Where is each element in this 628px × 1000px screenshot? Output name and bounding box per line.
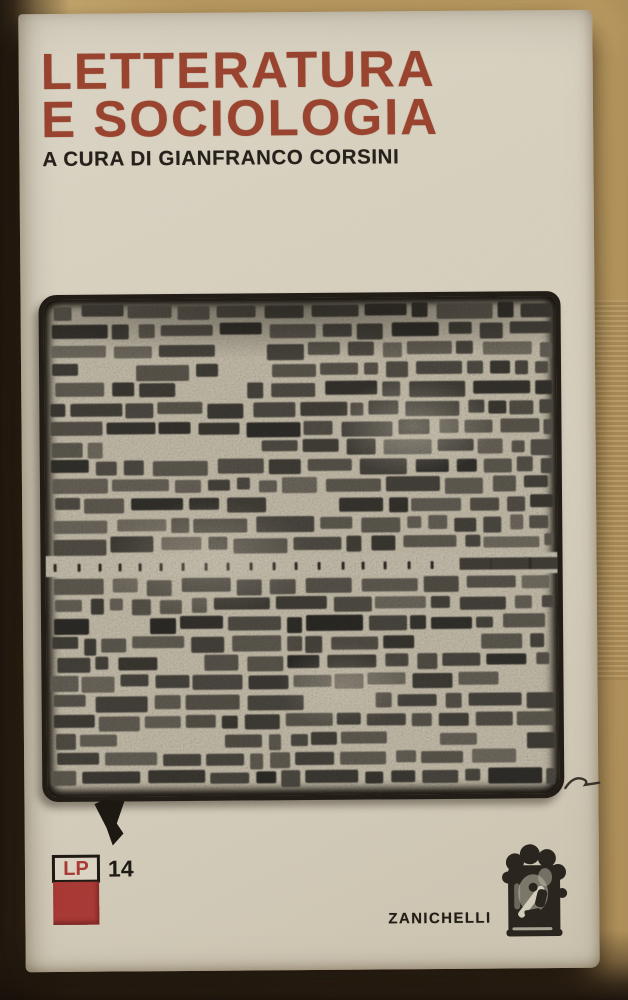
series-code-box: LP bbox=[52, 855, 100, 883]
publisher-block: ZANICHELLI bbox=[388, 843, 579, 954]
cover-illustration bbox=[38, 291, 564, 802]
book-subtitle: A CURA DI GIANFRANCO CORSINI bbox=[42, 145, 399, 172]
book-cover: LETTERATURA E SOCIOLOGIA A CURA DI GIANF… bbox=[18, 10, 600, 972]
book-title-line2: E SOCIOLOGIA bbox=[41, 93, 439, 144]
illustration-text-texture bbox=[43, 296, 559, 797]
publisher-name: ZANICHELLI bbox=[388, 910, 491, 928]
zanichelli-logo bbox=[500, 843, 569, 948]
series-number: 14 bbox=[108, 855, 134, 882]
ink-drip-mark bbox=[94, 799, 124, 845]
series-code-label: LP bbox=[63, 857, 89, 880]
ink-squiggle-mark bbox=[562, 768, 606, 794]
series-red-square bbox=[53, 882, 99, 925]
book-title: LETTERATURA E SOCIOLOGIA bbox=[41, 45, 440, 144]
